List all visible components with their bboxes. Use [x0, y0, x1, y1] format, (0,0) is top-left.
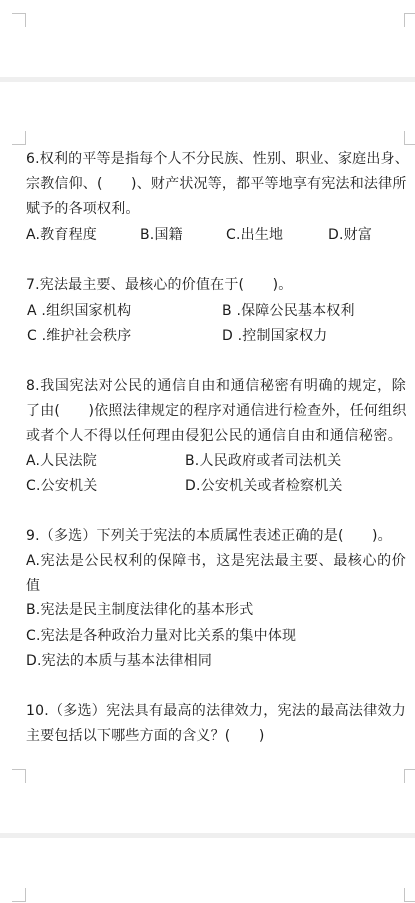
crop-mark-icon: [12, 769, 26, 783]
option-a: A.人民法院: [26, 449, 97, 474]
question-text-line: 7.宪法最主要、最核心的价值在于( )。: [26, 273, 292, 298]
option-c: C.出生地: [226, 223, 283, 248]
question-text-line: 8.我国宪法对公民的通信自由和通信秘密有明确的规定，除: [26, 374, 406, 399]
option-c: C .维护社会秩序: [27, 324, 131, 349]
question-text-line: 9.（多选）下列关于宪法的本质属性表述正确的是( )。: [26, 524, 392, 549]
option-a: A.教育程度: [26, 223, 97, 248]
option-c: C.公安机关: [26, 474, 97, 499]
option-d: D.财富: [328, 223, 372, 248]
option-b: B.人民政府或者司法机关: [185, 449, 341, 474]
option-b: B.宪法是民主制度法律化的基本形式: [26, 598, 253, 623]
crop-mark-icon: [404, 888, 415, 902]
crop-mark-icon: [404, 13, 415, 27]
question-text-line: 6.权利的平等是指每个人不分民族、性别、职业、家庭出身、: [26, 147, 406, 172]
question-text-line: 了由( )依照法律规定的程序对通信进行检查外，任何组织: [26, 399, 406, 424]
question-text-line: 宗教信仰、( )、财产状况等，都平等地享有宪法和法律所: [26, 172, 406, 197]
option-b: B .保障公民基本权利: [222, 299, 355, 324]
question-text-line: 10.（多选）宪法具有最高的法律效力，宪法的最高法律效力: [26, 699, 406, 724]
option-a-continued: 值: [26, 574, 40, 599]
crop-mark-icon: [12, 888, 26, 902]
question-text-line: 主要包括以下哪些方面的含义？( ): [26, 724, 265, 749]
option-a: A .组织国家机构: [27, 299, 131, 324]
page-3-top: [0, 838, 415, 903]
option-c: C.宪法是各种政治力量对比关系的集中体现: [26, 624, 296, 649]
option-d: D.公安机关或者检察机关: [185, 474, 343, 499]
question-text-line: 或者个人不得以任何理由侵犯公民的通信自由和通信秘密。: [26, 424, 402, 449]
crop-mark-icon: [404, 131, 415, 145]
question-text-line: 赋予的各项权利。: [26, 197, 140, 222]
crop-mark-icon: [404, 769, 415, 783]
option-d: D .控制国家权力: [222, 324, 327, 349]
crop-mark-icon: [12, 13, 26, 27]
crop-mark-icon: [12, 131, 26, 145]
page-1-bottom: [0, 0, 415, 77]
option-b: B.国籍: [140, 223, 183, 248]
option-a: A.宪法是公民权利的保障书，这是宪法最主要、最核心的价: [26, 549, 406, 574]
option-d: D.宪法的本质与基本法律相同: [26, 649, 212, 674]
